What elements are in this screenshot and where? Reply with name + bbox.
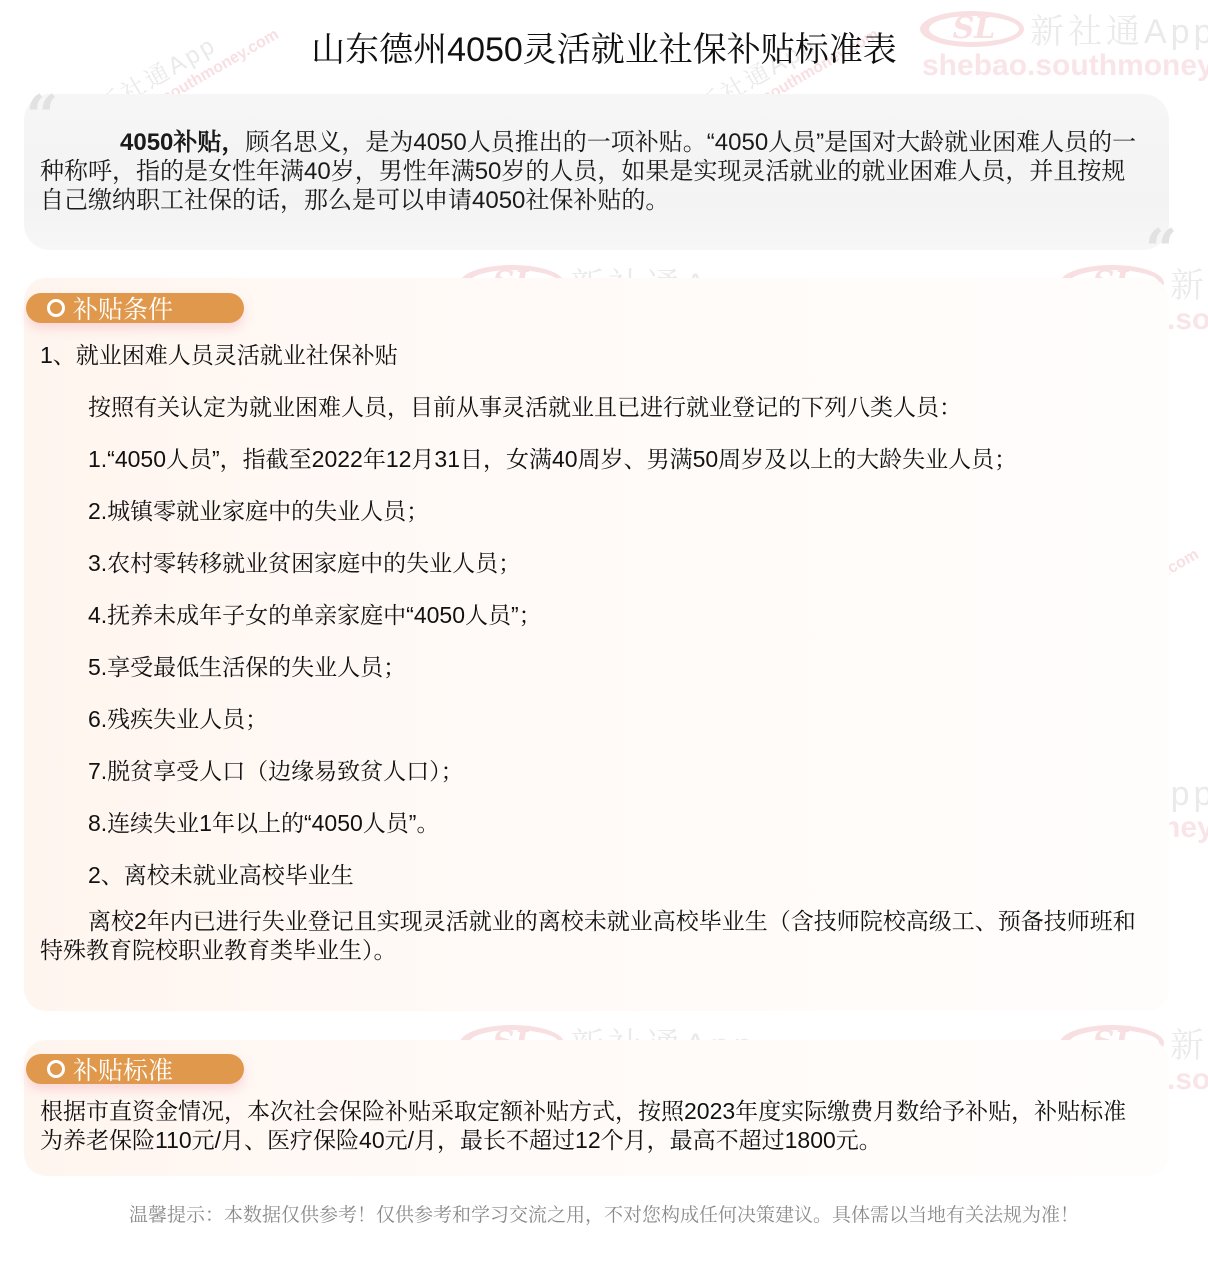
close-quote-icon: “: [1145, 222, 1177, 278]
circle-icon: [47, 1060, 65, 1078]
list-item: 8.连续失业1年以上的“4050人员”。: [88, 805, 439, 838]
list-item: 4.抚养未成年子女的单亲家庭中“4050人员”；: [88, 597, 542, 630]
pill-label: 补贴条件: [73, 290, 173, 326]
section-pill-conditions: 补贴条件: [26, 293, 244, 323]
list-item: 5.享受最低生活保的失业人员；: [88, 649, 406, 682]
pill-label: 补贴标准: [73, 1051, 173, 1087]
intro-paragraph: 4050补贴，顾名思义，是为4050人员推出的一项补贴。“4050人员”是国对大…: [40, 128, 1140, 215]
list-item: 3.农村零转移就业贫困家庭中的失业人员；: [88, 545, 521, 578]
list-item: 1.“4050人员”，指截至2022年12月31日，女满40周岁、男满50周岁及…: [88, 441, 1017, 474]
list-item: 2.城镇零就业家庭中的失业人员；: [88, 493, 429, 526]
intro-bold-lead: 4050补贴，: [120, 129, 245, 156]
graduate-paragraph: 离校2年内已进行失业登记且实现灵活就业的离校未就业高校毕业生（含技师院校高级工、…: [40, 907, 1140, 965]
page-title: 山东德州4050灵活就业社保补贴标准表: [0, 22, 1208, 71]
list-item: 6.残疾失业人员；: [88, 701, 268, 734]
section-pill-standard: 补贴标准: [26, 1054, 244, 1084]
standard-paragraph: 根据市直资金情况，本次社会保险补贴采取定额补贴方式，按照2023年度实际缴费月数…: [40, 1097, 1140, 1155]
conditions-lead: 按照有关认定为就业困难人员，目前从事灵活就业且已进行就业登记的下列八类人员：: [88, 389, 962, 422]
disclaimer-note: 温馨提示：本数据仅供参考！仅供参考和学习交流之用，不对您构成任何决策建议。具体需…: [0, 1200, 1208, 1227]
conditions-card: [24, 278, 1169, 1011]
subheading-1: 1、就业困难人员灵活就业社保补贴: [40, 337, 398, 370]
list-item: 7.脱贫享受人口（边缘易致贫人口）；: [88, 753, 464, 786]
subheading-2: 2、离校未就业高校毕业生: [88, 857, 354, 890]
circle-icon: [47, 299, 65, 317]
